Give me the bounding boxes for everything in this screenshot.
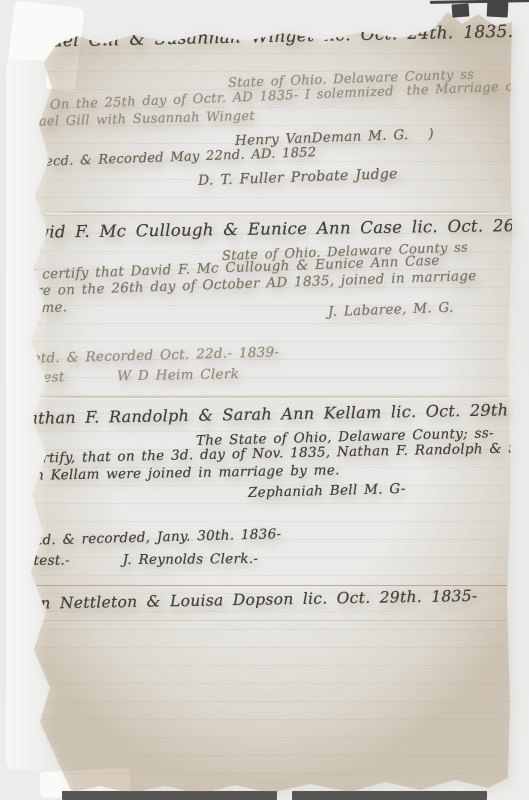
fold-crease	[46, 211, 510, 213]
attest-line: Attest.- J. Reynolds Clerk.-	[18, 551, 258, 569]
binding-remnant-mark	[487, 1, 509, 17]
binding-remnant-mark	[452, 3, 470, 17]
page-number-mark: 27	[23, 15, 36, 26]
aged-paper-sheet: 27 Israel Gill & Susannah Winget lic. Oc…	[0, 0, 529, 800]
entry-divider-rule-faint	[30, 620, 515, 621]
fold-crease	[30, 396, 510, 398]
entry-divider-rule	[28, 585, 520, 586]
scanned-ledger-page: 27 Israel Gill & Susannah Winget lic. Oc…	[0, 0, 529, 800]
certificate-line: by me.	[18, 299, 68, 317]
stray-ink-mark	[22, 646, 33, 667]
paper-sheet-wrapper: 27 Israel Gill & Susannah Winget lic. Oc…	[0, 0, 529, 800]
